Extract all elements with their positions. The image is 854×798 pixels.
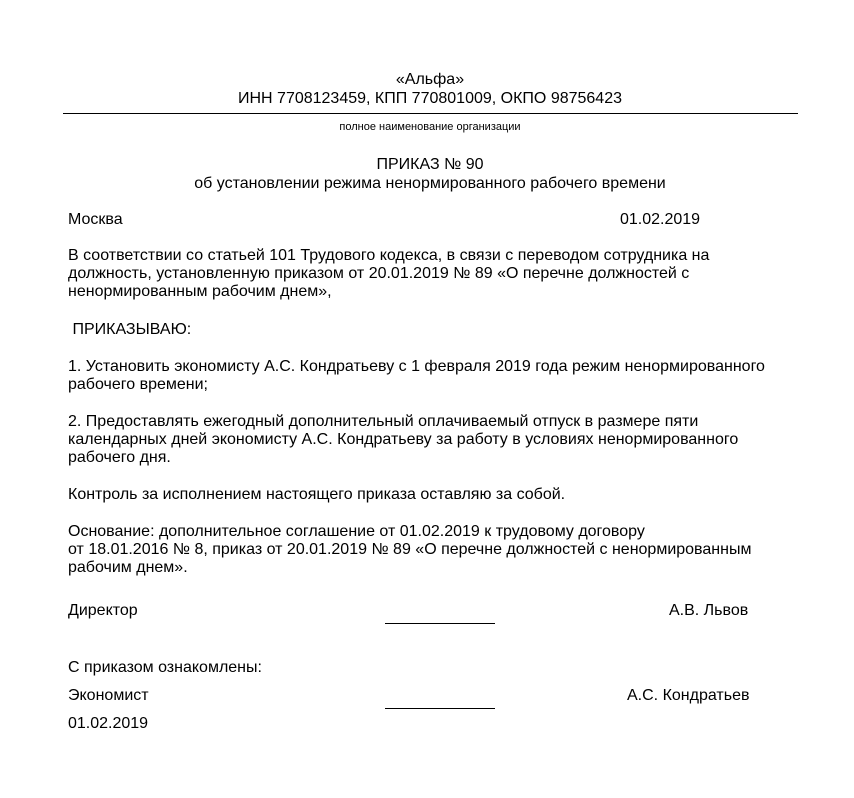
acknowledged-position: Экономист [68, 687, 149, 705]
order-item-line: 1. Установить экономисту А.С. Кондратьев… [68, 358, 808, 376]
acknowledgement-date: 01.02.2019 [68, 715, 148, 733]
org-caption: полное наименование организации [0, 118, 854, 136]
order-item-line: рабочего дня. [68, 449, 808, 467]
basis-line: Основание: дополнительное соглашение от … [68, 523, 808, 541]
order-item-2: 2. Предоставлять ежегодный дополнительны… [68, 413, 808, 467]
order-subject: об установлении режима ненормированного … [0, 175, 854, 193]
basis: Основание: дополнительное соглашение от … [68, 523, 808, 577]
order-number: ПРИКАЗ № 90 [0, 156, 854, 174]
signature-line [385, 623, 495, 624]
preamble-line: В соответствии со статьей 101 Трудового … [68, 247, 808, 265]
order-item-line: календарных дней экономисту А.С. Кондрат… [68, 431, 808, 449]
order-date: 01.02.2019 [620, 211, 700, 229]
acknowledgement-signature-line [385, 708, 495, 709]
signer-position: Директор [68, 602, 138, 620]
preamble: В соответствии со статьей 101 Трудового … [68, 247, 808, 301]
acknowledged-name: А.С. Кондратьев [627, 687, 749, 705]
basis-line: от 18.01.2016 № 8, приказ от 20.01.2019 … [68, 541, 808, 559]
org-underline [63, 113, 798, 114]
order-item-line: 2. Предоставлять ежегодный дополнительны… [68, 413, 808, 431]
acknowledgement-heading: С приказом ознакомлены: [68, 659, 262, 677]
control-clause: Контроль за исполнением настоящего прика… [68, 486, 565, 504]
order-item-1: 1. Установить экономисту А.С. Кондратьев… [68, 358, 808, 394]
preamble-line: должность, установленную приказом от 20.… [68, 265, 808, 283]
signer-name: А.В. Львов [669, 602, 748, 620]
preamble-line: ненормированным рабочим днем», [68, 283, 808, 301]
basis-line: рабочим днем». [68, 559, 808, 577]
org-name: «Альфа» [0, 71, 854, 89]
order-item-line: рабочего времени; [68, 376, 808, 394]
order-word: ПРИКАЗЫВАЮ: [68, 321, 191, 339]
org-codes: ИНН 7708123459, КПП 770801009, ОКПО 9875… [0, 90, 854, 108]
city: Москва [68, 211, 123, 229]
